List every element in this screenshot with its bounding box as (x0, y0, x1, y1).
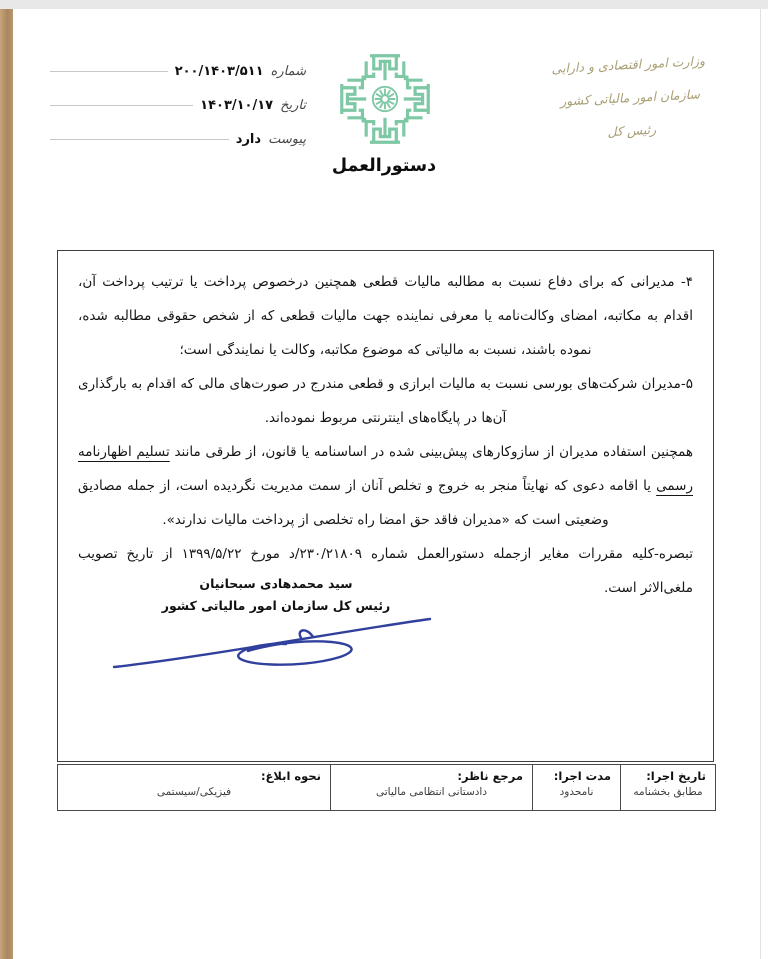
date-label: تاریخ (280, 98, 306, 113)
number-value: ۲۰۰/۱۴۰۳/۵۱۱ (175, 64, 264, 79)
clause-additional-end: یا اقامه دعوی که نهایتاً منجر به خروج و … (78, 478, 656, 528)
signature-block: سید محمدهادی سبحانیان رئیس کل سازمان امو… (136, 573, 416, 617)
attachment-label: پیوست (268, 132, 306, 147)
notification-method-label: نحوه ابلاغ: (67, 769, 321, 783)
execution-duration-value: نامحدود (542, 786, 611, 798)
scan-binding-strip (0, 9, 13, 959)
table-cell-supervisory-authority: مرجع ناظر: دادستانی انتظامی مالیاتی (330, 765, 532, 810)
ministry-header: وزارت امور اقتصادی و دارایی سازمان امور … (518, 42, 743, 152)
notification-method-value: فیزیکی/سیستمی (67, 786, 321, 798)
clause-5: ۵-مدیران شرکت‌های بورسی نسبت به مالیات ا… (78, 367, 693, 435)
document-title: دستورالعمل (0, 156, 768, 176)
clause-additional-start: همچنین استفاده مدیران از سازوکارهای پیش‌… (170, 444, 693, 460)
attachment-rule-line (50, 139, 229, 140)
table-cell-notification-method: نحوه ابلاغ: فیزیکی/سیستمی (58, 765, 330, 810)
letter-date-row: تاریخ ۱۴۰۳/۱۰/۱۷ (50, 88, 306, 122)
tax-administration-logo (338, 52, 432, 146)
execution-date-label: تاریخ اجرا: (630, 769, 706, 783)
execution-duration-label: مدت اجرا: (542, 769, 611, 783)
date-rule-line (50, 105, 193, 106)
number-label: شماره (271, 64, 306, 79)
table-cell-execution-date: تاریخ اجرا: مطابق بخشنامه (620, 765, 715, 810)
number-rule-line (50, 71, 168, 72)
execution-date-value: مطابق بخشنامه (630, 786, 706, 798)
supervisory-authority-value: دادستانی انتظامی مالیاتی (340, 786, 523, 798)
tax-emblem-icon (338, 52, 432, 146)
paper-edge-shadow (760, 9, 761, 959)
clause-additional: همچنین استفاده مدیران از سازوکارهای پیش‌… (78, 435, 693, 537)
letter-meta-block: شماره ۲۰۰/۱۴۰۳/۵۱۱ تاریخ ۱۴۰۳/۱۰/۱۷ پیوس… (50, 54, 306, 156)
attachment-value: دارد (236, 132, 261, 147)
table-cell-execution-duration: مدت اجرا: نامحدود (532, 765, 620, 810)
supervisory-authority-label: مرجع ناظر: (340, 769, 523, 783)
date-value: ۱۴۰۳/۱۰/۱۷ (200, 98, 273, 113)
execution-info-table: تاریخ اجرا: مطابق بخشنامه مدت اجرا: نامح… (57, 764, 716, 811)
signer-role: رئیس کل سازمان امور مالیاتی کشور (136, 595, 416, 617)
letter-number-row: شماره ۲۰۰/۱۴۰۳/۵۱۱ (50, 54, 306, 88)
clause-4: ۴- مدیرانی که برای دفاع نسبت به مطالبه م… (78, 265, 693, 367)
directive-body-box: ۴- مدیرانی که برای دفاع نسبت به مطالبه م… (57, 250, 714, 762)
signer-name: سید محمدهادی سبحانیان (136, 573, 416, 595)
letter-attachment-row: پیوست دارد (50, 122, 306, 156)
scan-top-strip (0, 0, 768, 9)
